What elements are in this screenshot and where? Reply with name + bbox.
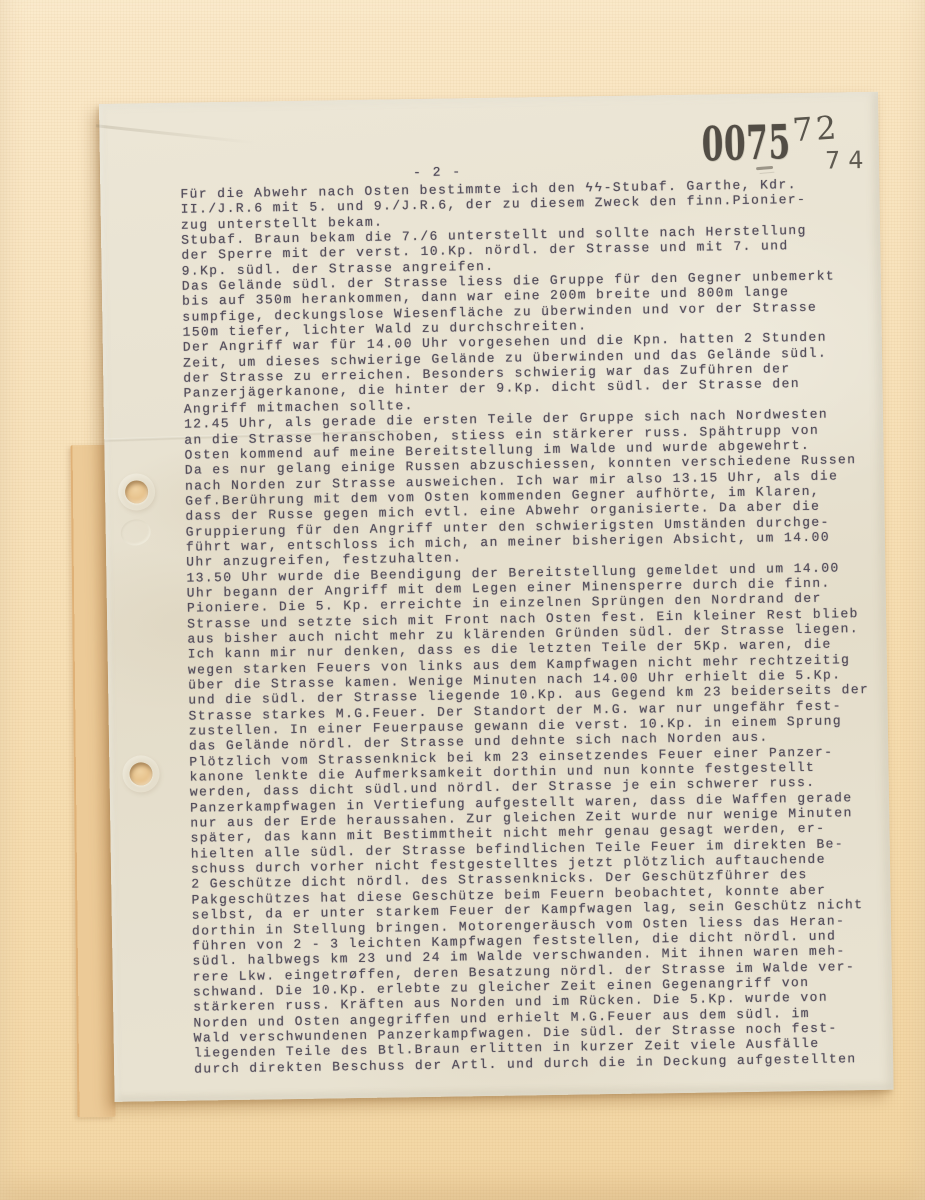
typewritten-text: Für die Abwehr nach Osten bestimmte ich … [180, 176, 900, 1077]
page-number: - 2 - [413, 164, 462, 180]
embossed-ring [119, 517, 153, 548]
archive-stamp-number: 0075 [701, 119, 791, 169]
document-page: 0075 72 74 - 2 - Für die Abwehr nach Ost… [99, 92, 894, 1102]
handwritten-folio-number: 72 [791, 111, 840, 146]
typed-folio-number: 74 [825, 148, 872, 173]
punch-hole [125, 480, 148, 503]
scanned-document-photo: 0075 72 74 - 2 - Für die Abwehr nach Ost… [0, 0, 925, 1200]
punch-hole [129, 762, 152, 785]
paper-crease [96, 124, 255, 144]
